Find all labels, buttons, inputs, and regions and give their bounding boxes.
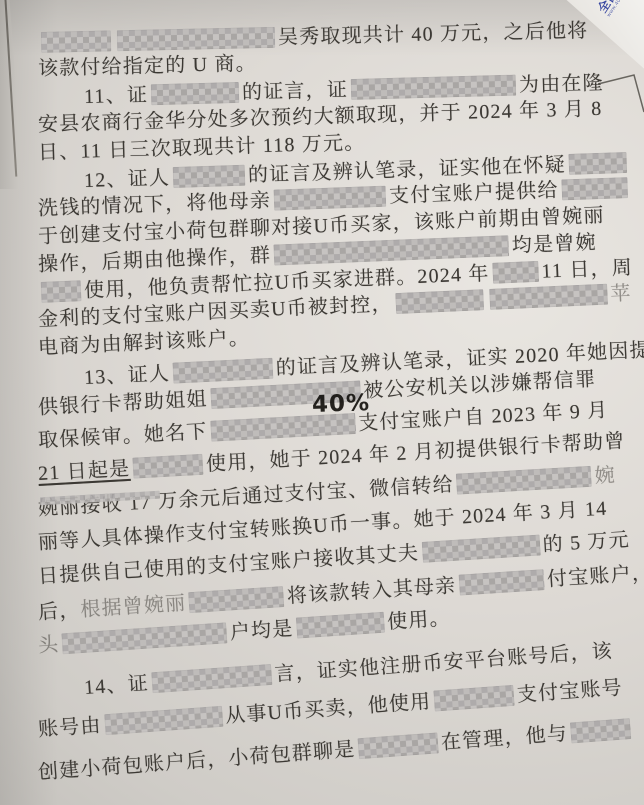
page-edge-shade xyxy=(0,0,26,189)
text-run: 21 日起是 xyxy=(38,458,131,485)
text-run: 苹 xyxy=(610,283,632,306)
redaction-blur xyxy=(151,664,272,693)
text-run: 付宝账户， xyxy=(546,562,644,591)
text-run: 头 xyxy=(37,634,60,657)
redaction-blur xyxy=(189,586,285,613)
text-run: 后， xyxy=(37,599,81,624)
redaction-blur xyxy=(104,706,223,735)
redaction-blur xyxy=(561,177,628,200)
redaction-blur xyxy=(357,732,438,759)
text-run: 从事U币买卖，他使用 xyxy=(225,691,432,728)
redaction-blur xyxy=(570,718,631,743)
text-run: 支付宝账号 xyxy=(516,677,623,707)
text-run: 14、证 xyxy=(83,673,149,699)
text-run: 婉 xyxy=(594,464,616,487)
text-run: 取保候审。她名下 xyxy=(38,421,209,452)
text-run: 供银行卡帮助姐姐 xyxy=(38,388,209,419)
redaction-blur xyxy=(433,685,514,712)
text-run: 账号由 xyxy=(37,714,102,741)
percent-watermark: 40% xyxy=(312,390,371,418)
redaction-blur xyxy=(421,535,540,563)
redaction-blur xyxy=(456,466,592,495)
redaction-blur xyxy=(210,413,356,442)
text-line: 吴秀取现共计 40 万元，之后他将 xyxy=(38,14,589,55)
redaction-blur xyxy=(489,284,608,310)
redaction-blur xyxy=(41,280,82,303)
text-run: 使用。 xyxy=(386,607,451,633)
redaction-blur xyxy=(395,289,484,314)
text-run: 根据曾婉丽 xyxy=(80,592,187,621)
text-run: 吴秀取现共计 40 万元，之后他将 xyxy=(278,20,589,49)
text-run: 在管理，他与 xyxy=(440,723,568,754)
redaction-blur xyxy=(133,454,204,479)
redaction-blur xyxy=(62,622,228,654)
document-photo: 全国统一服 www.4008 吴秀取现共计 40 万元，之后他将该款付给指定的 … xyxy=(0,0,644,805)
text-run: 的 5 万元 xyxy=(542,529,630,556)
text-run: 创建小荷包账户后，小荷包群聊是 xyxy=(37,739,356,784)
redaction-blur xyxy=(459,569,545,595)
redaction-blur xyxy=(296,612,385,639)
text-run: 户均是 xyxy=(229,618,294,644)
